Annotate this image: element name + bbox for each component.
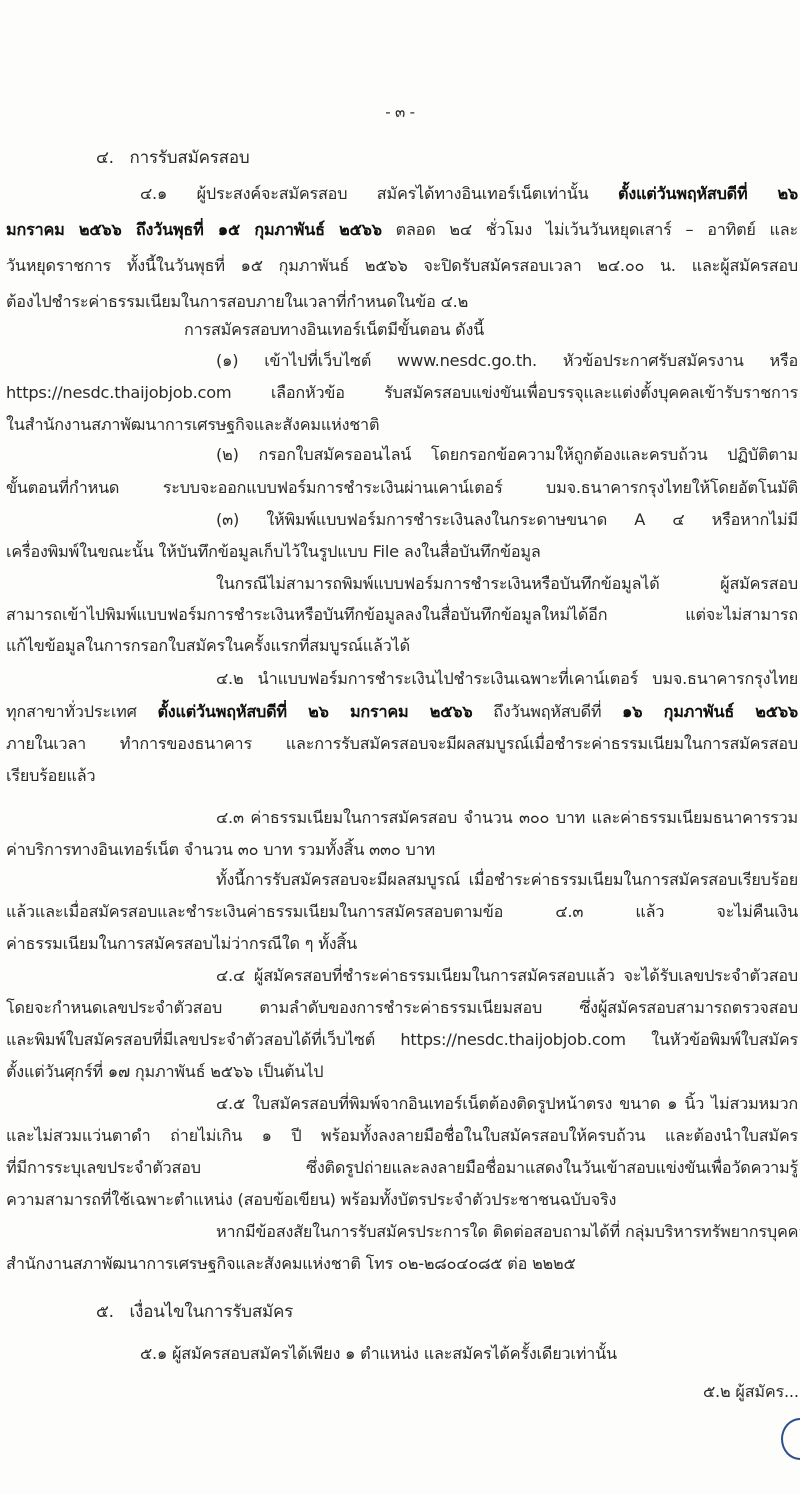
clause-4-1-text-2: ตลอด ๒๔ ชั่วโมง ไม่เว้นวันหยุดเสาร์ – อา… <box>382 220 798 239</box>
handwritten-initial-mark <box>781 1418 800 1460</box>
clause-4-5-line-2: และไม่สวมแว่นตาดำ ถ่ายไม่เกิน ๑ ปี พร้อม… <box>6 1124 798 1148</box>
clause-4-2-text: ทุกสาขาทั่วประเทศ <box>6 702 157 721</box>
clause-4-2-line-4: เรียบร้อยแล้ว <box>6 764 95 788</box>
contact-line-1: หากมีข้อสงสัยในการรับสมัครประการใด ติดต่… <box>216 1220 798 1244</box>
clause-4-1-text: ๔.๑ ผู้ประสงค์จะสมัครสอบ สมัครได้ทางอินเ… <box>140 184 618 203</box>
continuation-marker: ๕.๒ ผู้สมัคร... <box>703 1380 799 1404</box>
clause-4-2-text-2: ถึงวันพฤหัสบดีที่ <box>472 702 622 721</box>
clause-4-4-line-2: โดยจะกำหนดเลขประจำตัวสอบ ตามลำดับของการช… <box>6 996 798 1020</box>
clause-4-5-line-1: ๔.๕ ใบสมัครสอบที่พิมพ์จากอินเทอร์เน็ตต้อ… <box>216 1092 798 1116</box>
page-number: - ๓ - <box>0 100 800 124</box>
cannot-print-line-3: แก้ไขข้อมูลในการกรอกใบสมัครในครั้งแรกที่… <box>6 634 410 658</box>
clause-4-5-line-3: ที่มีการระบุเลขประจำตัวสอบ ซึ่งติดรูปถ่า… <box>6 1156 798 1180</box>
step-2-line-2: ขั้นตอนที่กำหนด ระบบจะออกแบบฟอร์มการชำระ… <box>6 476 798 500</box>
clause-4-3-note-line-1: ทั้งนี้การรับสมัครสอบจะมีผลสมบูรณ์ เมื่อ… <box>216 868 798 892</box>
section-4-number: ๔. <box>96 148 114 168</box>
step-3-line-1: (๓) ให้พิมพ์แบบฟอร์มการชำระเงินลงในกระดา… <box>216 508 798 532</box>
clause-4-2-line-2: ทุกสาขาทั่วประเทศ ตั้งแต่วันพฤหัสบดีที่ … <box>6 700 798 724</box>
section-5-number: ๕. <box>96 1302 114 1322</box>
section-4-title: การรับสมัครสอบ <box>130 148 250 168</box>
cannot-print-line-2: สามารถเข้าไปพิมพ์แบบฟอร์มการชำระเงินหรือ… <box>6 603 798 627</box>
clause-4-2-line-1: ๔.๒ นำแบบฟอร์มการชำระเงินไปชำระเงินเฉพาะ… <box>216 667 798 691</box>
section-5-heading: ๕. เงื่อนไขในการรับสมัคร <box>96 1300 293 1324</box>
clause-4-4-line-3: และพิมพ์ใบสมัครสอบที่มีเลขประจำตัวสอบได้… <box>6 1028 798 1052</box>
clause-4-1-line-4: ต้องไปชำระค่าธรรมเนียมในการสอบภายในเวลาท… <box>6 290 468 314</box>
step-1-line-1: (๑) เข้าไปที่เว็บไซต์ www.nesdc.go.th. ห… <box>216 349 798 373</box>
clause-4-2-line-3: ภายในเวลา ทำการของธนาคาร และการรับสมัครส… <box>6 732 798 756</box>
clause-4-1-line-1: ๔.๑ ผู้ประสงค์จะสมัครสอบ สมัครได้ทางอินเ… <box>140 182 798 206</box>
clause-4-3-line-1: ๔.๓ ค่าธรรมเนียมในการสมัครสอบ จำนวน ๓๐๐ … <box>216 806 798 830</box>
clause-4-2-start-date: ตั้งแต่วันพฤหัสบดีที่ ๒๖ มกราคม ๒๕๖๖ <box>157 702 472 721</box>
clause-4-1-line-3: วันหยุดราชการ ทั้งนี้ในวันพุธที่ ๑๕ กุมภ… <box>6 254 798 278</box>
step-3-line-2: เครื่องพิมพ์ในขณะนั้น ให้บันทึกข้อมูลเก็… <box>6 540 541 564</box>
clause-5-1: ๕.๑ ผู้สมัครสอบสมัครได้เพียง ๑ ตำแหน่ง แ… <box>140 1342 617 1366</box>
clause-4-4-line-4: ตั้งแต่วันศุกร์ที่ ๑๗ กุมภาพันธ์ ๒๕๖๖ เป… <box>6 1060 323 1084</box>
step-1-line-3: ในสำนักงานสภาพัฒนาการเศรษฐกิจและสังคมแห่… <box>6 413 379 437</box>
clause-4-4-line-1: ๔.๔ ผู้สมัครสอบที่ชำระค่าธรรมเนียมในการส… <box>216 964 798 988</box>
clause-4-1-end-date: มกราคม ๒๕๖๖ ถึงวันพุธที่ ๑๕ กุมภาพันธ์ ๒… <box>6 220 382 239</box>
step-2-line-1: (๒) กรอกใบสมัครออนไลน์ โดยกรอกข้อความให้… <box>216 443 798 467</box>
document-page: - ๓ - ๔. การรับสมัครสอบ ๔.๑ ผู้ประสงค์จะ… <box>0 0 800 1494</box>
contact-line-2: สำนักงานสภาพัฒนาการเศรษฐกิจและสังคมแห่งช… <box>6 1252 576 1276</box>
clause-4-3-line-2: ค่าบริการทางอินเทอร์เน็ต จำนวน ๓๐ บาท รว… <box>6 838 435 862</box>
clause-4-5-line-4: ความสามารถที่ใช้เฉพาะตำแหน่ง (สอบข้อเขีย… <box>6 1188 616 1212</box>
step-1-line-2: https://nesdc.thaijobjob.com เลือกหัวข้อ… <box>6 381 798 405</box>
clause-4-1-line-2: มกราคม ๒๕๖๖ ถึงวันพุธที่ ๑๕ กุมภาพันธ์ ๒… <box>6 218 798 242</box>
section-5-title: เงื่อนไขในการรับสมัคร <box>130 1302 294 1322</box>
clause-4-3-note-line-2: แล้วและเมื่อสมัครสอบและชำระเงินค่าธรรมเน… <box>6 900 798 924</box>
section-4-heading: ๔. การรับสมัครสอบ <box>96 146 249 170</box>
clause-4-2-end-date: ๑๖ กุมภาพันธ์ ๒๕๖๖ <box>622 702 798 721</box>
online-steps-intro: การสมัครสอบทางอินเทอร์เน็ตมีขั้นตอน ดังน… <box>184 318 484 342</box>
cannot-print-line-1: ในกรณีไม่สามารถพิมพ์แบบฟอร์มการชำระเงินห… <box>216 572 798 596</box>
clause-4-1-start-date: ตั้งแต่วันพฤหัสบดีที่ ๒๖ <box>618 184 798 203</box>
clause-4-3-note-line-3: ค่าธรรมเนียมในการสมัครสอบไม่ว่ากรณีใด ๆ … <box>6 932 357 956</box>
